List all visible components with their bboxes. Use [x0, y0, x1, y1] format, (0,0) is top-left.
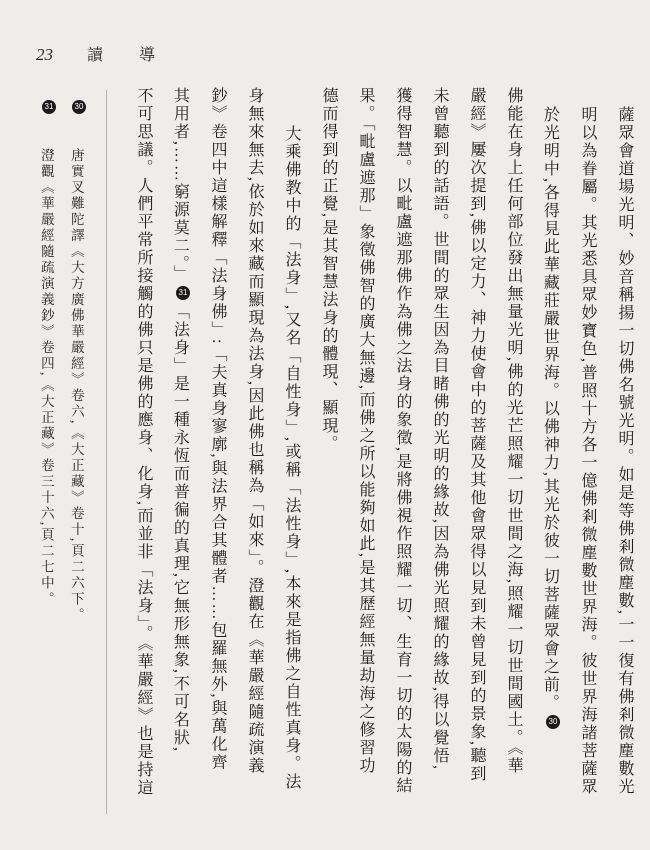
column-text: 其用者,……窮源莫二。」 [171, 87, 188, 283]
note-marker-30: 30 [546, 715, 560, 729]
footnote-block: 30唐實叉難陀譯《大方廣佛華嚴經》卷六,《大正藏》卷十,頁二六下。 31澄觀《華… [26, 97, 86, 809]
text-column: 獲得智慧。以毗盧遮那佛作為佛之法身的象徵,是將佛視作照耀一切、生育一切的太陽的結 [393, 87, 412, 837]
text-column: 薩眾會道場光明、妙音稱揚一切佛名號光明。如是等佛剎微塵數,一一復有佛剎微塵數光 [615, 87, 634, 837]
column-text: 未曾聽到的話語。世間的眾生因為目睹佛的光明的緣故,因為佛光照耀的緣故,得以覺悟, [431, 87, 448, 771]
text-column: 明以為眷屬。其光悉具眾妙寶色,普照十方各一億佛剎微塵數世界海。彼世界海諸菩薩眾 [578, 87, 597, 837]
text-column: 果。「毗盧遮那」象徵佛智的廣大無邊,而佛之所以能夠如此,是其歷經無量劫海之修習功 [356, 87, 375, 837]
footnote-number-30: 30 [72, 100, 86, 114]
column-text: 德而得到的正覺,是其智慧法身的體現、顯現。 [320, 87, 337, 453]
footnote-separator-line [106, 90, 107, 814]
text-column: 未曾聽到的話語。世間的眾生因為目睹佛的光明的緣故,因為佛光照耀的緣故,得以覺悟, [430, 87, 449, 837]
text-column: 大乘佛教中的「法身」,又名「自性身」,或稱「法性身」,本來是指佛之自性真身。法 [282, 87, 301, 837]
running-title-char: 導 [139, 47, 155, 64]
column-text: 佛能在身上任何部位發出無量光明,佛的光芒照耀一切世間之海,照耀一切世間國土。《華 [505, 87, 522, 775]
column-text: 身無來無去,依於如來藏而顯現為法身,因此佛也稱為「如來」。澄觀在《華嚴經隨疏演義 [246, 87, 263, 775]
text-column: 身無來無去,依於如來藏而顯現為法身,因此佛也稱為「如來」。澄觀在《華嚴經隨疏演義 [245, 87, 264, 837]
running-title-char: 讀 [87, 47, 103, 64]
column-text: 不可思議。人們平常所接觸的佛只是佛的應身、化身,而並非「法身」。《華嚴經》也是持… [135, 87, 152, 797]
column-text: 於光明中,各得見此華藏莊嚴世界海。以佛神力,其光於彼一切菩薩眾會之前。 [541, 106, 558, 712]
column-text: 獲得智慧。以毗盧遮那佛作為佛之法身的象徵,是將佛視作照耀一切、生育一切的太陽的結 [394, 87, 411, 795]
column-text: 果。「毗盧遮那」象徵佛智的廣大無邊,而佛之所以能夠如此,是其歷經無量劫海之修習功 [357, 87, 374, 775]
page-number: 23 [36, 45, 53, 64]
column-text: 大乘佛教中的「法身」,又名「自性身」,或稱「法性身」,本來是指佛之自性真身。法 [283, 125, 300, 791]
column-text: 嚴經》屢次提到,佛以定力、神力使會中的菩薩及其他會眾得以見到未曾見到的景象,聽到 [468, 87, 485, 783]
column-text: 鈔》卷四中這樣解釋「法身佛」:「夫真身寥廓,與法界合其體者……包羅無外,與萬化齊 [209, 87, 226, 771]
column-text: 「法身」是一種永恆而普徧的真理,它無形無象,不可名狀, [171, 303, 188, 753]
column-text: 明以為眷屬。其光悉具眾妙寶色,普照十方各一億佛剎微塵數世界海。彼世界海諸菩薩眾 [579, 106, 596, 796]
footnote-item: 31澄觀《華嚴經隨疏演義鈔》卷四,《大正藏》卷三十六,頁二七中。 [38, 97, 56, 809]
footnote-number-31: 31 [42, 100, 56, 114]
column-text: 薩眾會道場光明、妙音稱揚一切佛名號光明。如是等佛剎微塵數,一一復有佛剎微塵數光 [616, 106, 633, 796]
running-head: 23 讀 導 [36, 42, 187, 65]
text-column: 鈔》卷四中這樣解釋「法身佛」:「夫真身寥廓,與法界合其體者……包羅無外,與萬化齊 [208, 87, 227, 837]
note-marker-31: 31 [176, 286, 190, 300]
footnote-item: 30唐實叉難陀譯《大方廣佛華嚴經》卷六,《大正藏》卷十,頁二六下。 [68, 97, 86, 809]
footnote-text: 唐實叉難陀譯《大方廣佛華嚴經》卷六,《大正藏》卷十,頁二六下。 [69, 148, 84, 624]
text-column: 德而得到的正覺,是其智慧法身的體現、顯現。 [319, 87, 338, 837]
text-column: 佛能在身上任何部位發出無量光明,佛的光芒照耀一切世間之海,照耀一切世間國土。《華 [504, 87, 523, 837]
main-text-block: 薩眾會道場光明、妙音稱揚一切佛名號光明。如是等佛剎微塵數,一一復有佛剎微塵數光 … [116, 87, 634, 837]
text-column: 於光明中,各得見此華藏莊嚴世界海。以佛神力,其光於彼一切菩薩眾會之前。30 [541, 87, 560, 837]
book-page: 23 讀 導 薩眾會道場光明、妙音稱揚一切佛名號光明。如是等佛剎微塵數,一一復有… [0, 0, 650, 850]
text-column: 其用者,……窮源莫二。」31「法身」是一種永恆而普徧的真理,它無形無象,不可名狀… [171, 87, 190, 837]
text-column: 嚴經》屢次提到,佛以定力、神力使會中的菩薩及其他會眾得以見到未曾見到的景象,聽到 [467, 87, 486, 837]
text-column: 不可思議。人們平常所接觸的佛只是佛的應身、化身,而並非「法身」。《華嚴經》也是持… [134, 87, 153, 837]
footnote-text: 澄觀《華嚴經隨疏演義鈔》卷四,《大正藏》卷三十六,頁二七中。 [39, 148, 54, 608]
